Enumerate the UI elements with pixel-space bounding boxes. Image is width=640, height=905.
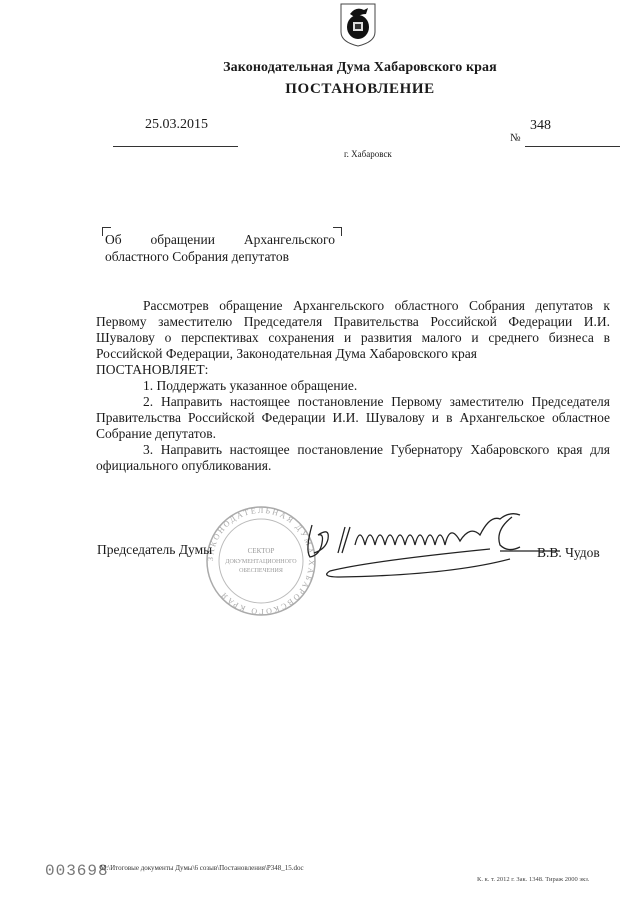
resolution-item-1: 1. Поддержать указанное обращение. — [96, 378, 610, 394]
preamble: Рассмотрев обращение Архангельского обла… — [96, 298, 610, 362]
bracket-corner-top-right — [333, 227, 342, 236]
document-date: 25.03.2015 — [145, 117, 208, 133]
document-body: Рассмотрев обращение Архангельского обла… — [96, 298, 610, 474]
number-sign: № — [510, 132, 521, 144]
city: г. Хабаровск — [344, 149, 392, 159]
document-subject: Об обращении Архангельского областного С… — [105, 231, 335, 265]
resolves-heading: ПОСТАНОВЛЯЕТ: — [96, 362, 610, 378]
date-underline — [113, 146, 238, 147]
number-underline — [525, 146, 620, 147]
document-number: 348 — [530, 118, 551, 134]
subject-line-1: Об обращении Архангельского — [105, 231, 335, 248]
resolution-item-3: 3. Направить настоящее постановление Губ… — [96, 442, 610, 474]
subject-line-2: областного Собрания депутатов — [105, 248, 335, 265]
subject-word: обращении — [151, 231, 215, 248]
subject-word: Архангельского — [244, 231, 335, 248]
coat-of-arms-icon — [338, 2, 378, 48]
resolution-item-2: 2. Направить настоящее постановление Пер… — [96, 394, 610, 442]
handwritten-signature — [250, 505, 560, 585]
document-type: ПОСТАНОВЛЕНИЕ — [0, 81, 640, 98]
organization-name: Законодательная Дума Хабаровского края — [0, 60, 640, 76]
signatory-name: В.В. Чудов — [537, 545, 600, 561]
print-info: К. к. т. 2012 г. Зак. 1348. Тираж 2000 э… — [477, 876, 589, 883]
file-path: М:\Итоговые документы Думы\6 созыв\Поста… — [100, 864, 304, 872]
bracket-corner-top-left — [102, 227, 111, 236]
signatory-title: Председатель Думы — [97, 542, 212, 558]
